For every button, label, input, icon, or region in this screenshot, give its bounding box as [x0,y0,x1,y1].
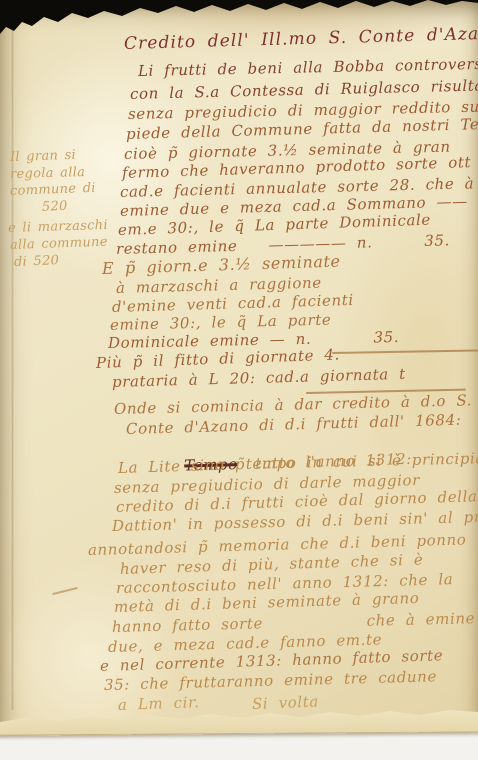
margin-note-line: commune di [10,181,96,199]
ink-rule [332,349,478,354]
margin-note-line: regola alla [10,165,86,182]
manuscript-photo: Credito dell' Ill.mo S. Conte d'Azano p̃… [0,0,478,760]
title-line: Credito dell' Ill.mo S. Conte d'Azano p̃ [124,23,478,54]
paper-fold-crease [11,30,14,710]
margin-note-line: e li marzaschi [8,218,108,236]
margin-note-line: 520 [42,199,68,215]
margin-note-line: di 520 [14,253,60,270]
manuscript-line: Li frutti de beni alla Bobba controversi [138,55,478,80]
margin-note-line: Il gran si [10,148,77,165]
margin-note-line: alla commune [10,235,108,253]
margin-tick-mark [52,587,78,595]
closing-abbreviation: a Lm cir. [118,693,200,714]
manuscript-page: Credito dell' Ill.mo S. Conte d'Azano p̃… [0,0,478,760]
page-turn-note: Si volta [252,692,320,713]
